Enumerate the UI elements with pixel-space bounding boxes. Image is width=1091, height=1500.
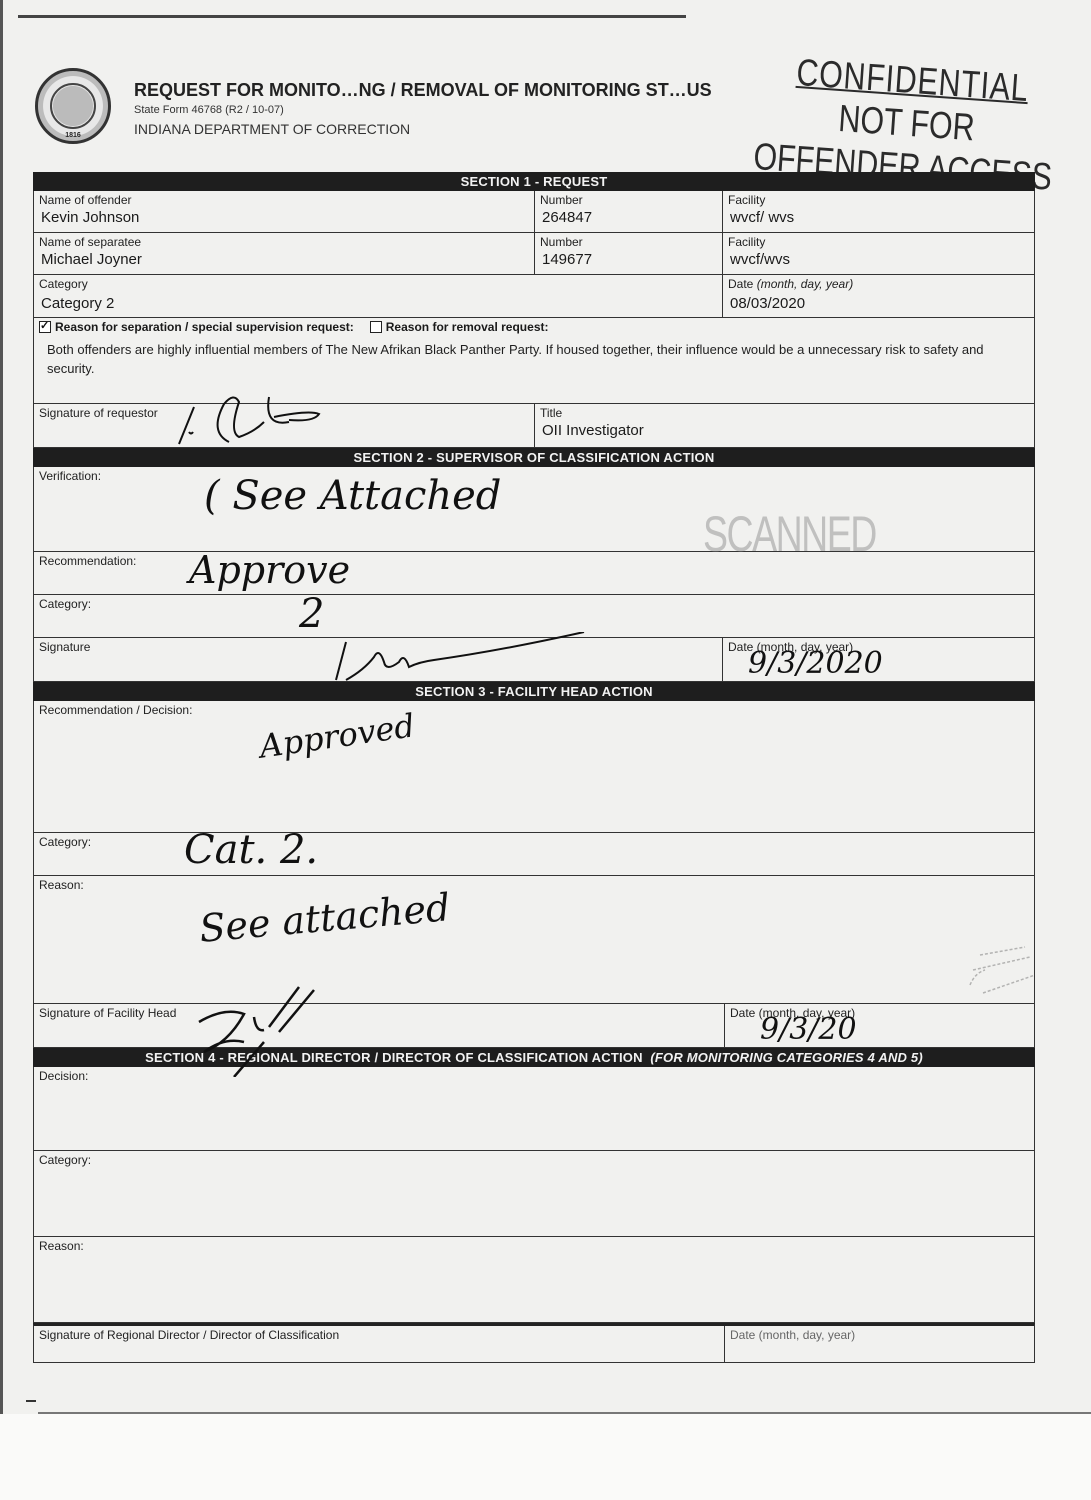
facility-signature-icon [184, 982, 364, 1077]
facility-category-handwriting: Cat. 2. [184, 827, 318, 873]
separatee-facility-field[interactable]: Facility wvcf/wvs [722, 233, 1034, 274]
facility-signature-label: Signature of Facility Head [39, 1006, 719, 1020]
form-title: REQUEST FOR MONITO…NG / REMOVAL OF MONIT… [134, 80, 712, 101]
reason-removal-label: Reason for removal request: [386, 320, 549, 334]
supervisor-category-handwriting: 2 [299, 591, 324, 637]
monitoring-request-form: SECTION 1 - REQUEST Name of offender Kev… [33, 172, 1035, 1363]
regional-date-label: Date (month, day, year) [730, 1328, 1029, 1342]
regional-date-field[interactable]: Date (month, day, year) [724, 1326, 1034, 1362]
request-date-label: Date (month, day, year) [728, 277, 1029, 291]
page-tab-mark [26, 1400, 36, 1402]
request-date-field[interactable]: Date (month, day, year) 08/03/2020 [722, 275, 1034, 317]
regional-signature-row: Signature of Regional Director / Directo… [33, 1323, 1035, 1363]
supervisor-signature-row: Signature Date (month, day, year) 9/3/20… [33, 638, 1035, 682]
regional-reason-label: Reason: [39, 1239, 1029, 1253]
facility-decision-row: Recommendation / Decision: Approved [33, 701, 1035, 833]
separatee-facility-value: wvcf/wvs [730, 251, 1029, 268]
regional-category-field[interactable]: Category: [34, 1151, 1034, 1236]
regional-signature-label: Signature of Regional Director / Directo… [39, 1328, 719, 1342]
recommendation-field[interactable]: Recommendation: Approve [34, 552, 1034, 594]
separatee-facility-label: Facility [728, 235, 1029, 249]
recommendation-label: Recommendation: [39, 554, 1029, 568]
regional-signature-field[interactable]: Signature of Regional Director / Directo… [34, 1326, 724, 1362]
requestor-title-label: Title [540, 406, 1029, 420]
regional-category-row: Category: [33, 1151, 1035, 1237]
offender-number-field[interactable]: Number 264847 [534, 191, 722, 232]
category-field[interactable]: Category Category 2 [34, 275, 722, 317]
offender-number-label: Number [540, 193, 717, 207]
regional-decision-field[interactable]: Decision: [34, 1067, 1034, 1150]
regional-reason-field[interactable]: Reason: [34, 1237, 1034, 1322]
separatee-number-field[interactable]: Number 149677 [534, 233, 722, 274]
category-label: Category [39, 277, 717, 291]
offender-facility-field[interactable]: Facility wvcf/ wvs [722, 191, 1034, 232]
category-value: Category 2 [41, 295, 717, 312]
facility-category-field[interactable]: Category: Cat. 2. [34, 833, 1034, 875]
supervisor-signature-icon [324, 632, 594, 682]
seal-inner-ring [50, 83, 96, 129]
separatee-number-label: Number [540, 235, 717, 249]
verification-label: Verification: [39, 469, 1029, 483]
requestor-title-field[interactable]: Title OII Investigator [534, 404, 1034, 447]
reason-options: Reason for separation / special supervis… [34, 318, 1034, 336]
ink-smudge-icon [965, 945, 1035, 1000]
facility-decision-label: Recommendation / Decision: [39, 703, 1029, 717]
verification-handwriting: ( See Attached [204, 473, 501, 519]
facility-date-handwriting: 9/3/20 [760, 1012, 857, 1047]
offender-row: Name of offender Kevin Johnson Number 26… [33, 191, 1035, 233]
recommendation-row: Recommendation: Approve [33, 552, 1035, 595]
offender-name-label: Name of offender [39, 193, 529, 207]
requestor-title-value: OII Investigator [542, 422, 1029, 439]
facility-decision-field[interactable]: Recommendation / Decision: Approved [34, 701, 1034, 832]
section-2-header: SECTION 2 - SUPERVISOR OF CLASSIFICATION… [33, 448, 1035, 467]
separatee-name-label: Name of separatee [39, 235, 529, 249]
page-edge [0, 0, 3, 1500]
section-3-header: SECTION 3 - FACILITY HEAD ACTION [33, 682, 1035, 701]
reason-separation-checkbox[interactable] [39, 321, 51, 333]
facility-reason-handwriting: See attached [198, 885, 452, 951]
regional-decision-row: Decision: [33, 1067, 1035, 1151]
request-date-value: 08/03/2020 [730, 295, 1029, 312]
offender-number-value: 264847 [542, 209, 717, 226]
separatee-row: Name of separatee Michael Joyner Number … [33, 233, 1035, 275]
facility-signature-field[interactable]: Signature of Facility Head [34, 1004, 724, 1047]
category-date-row: Category Category 2 Date (month, day, ye… [33, 275, 1035, 318]
separatee-name-field[interactable]: Name of separatee Michael Joyner [34, 233, 534, 274]
facility-date-field[interactable]: Date (month, day, year) 9/3/20 [724, 1004, 1034, 1047]
offender-facility-value: wvcf/ wvs [730, 209, 1029, 226]
scanned-stamp: SCANNED [703, 505, 876, 563]
separatee-name-value: Michael Joyner [41, 251, 529, 268]
reason-text[interactable]: Both offenders are highly influential me… [34, 336, 1034, 378]
requestor-row: Signature of requestor Title OII Investi… [33, 404, 1035, 448]
offender-name-field[interactable]: Name of offender Kevin Johnson [34, 191, 534, 232]
supervisor-signature-field[interactable]: Signature [34, 638, 722, 681]
verification-row: Verification: ( See Attached [33, 467, 1035, 552]
seal-year: 1816 [38, 132, 108, 139]
supervisor-date-handwriting: 9/3/2020 [748, 646, 883, 681]
facility-category-row: Category: Cat. 2. [33, 833, 1035, 876]
supervisor-category-field[interactable]: Category: 2 [34, 595, 1034, 637]
offender-facility-label: Facility [728, 193, 1029, 207]
page-bottom-margin [0, 1414, 1091, 1500]
state-seal-icon: 1816 [35, 68, 111, 144]
requestor-signature-field[interactable]: Signature of requestor [34, 404, 534, 447]
facility-reason-label: Reason: [39, 878, 1029, 892]
recommendation-handwriting: Approve [189, 548, 350, 592]
verification-field[interactable]: Verification: ( See Attached [34, 467, 1034, 551]
regional-reason-row: Reason: [33, 1237, 1035, 1323]
reason-removal-checkbox[interactable] [370, 321, 382, 333]
form-number: State Form 46768 (R2 / 10-07) [134, 104, 284, 116]
supervisor-category-label: Category: [39, 597, 1029, 611]
regional-decision-label: Decision: [39, 1069, 1029, 1083]
page-top-line [18, 15, 686, 18]
supervisor-date-field[interactable]: Date (month, day, year) 9/3/2020 [722, 638, 1034, 681]
section-1-header: SECTION 1 - REQUEST [33, 172, 1035, 191]
separatee-number-value: 149677 [542, 251, 717, 268]
regional-category-label: Category: [39, 1153, 1029, 1167]
offender-name-value: Kevin Johnson [41, 209, 529, 226]
reason-separation-label: Reason for separation / special supervis… [55, 320, 354, 334]
facility-signature-row: Signature of Facility Head Date (month, … [33, 1004, 1035, 1048]
department-name: INDIANA DEPARTMENT OF CORRECTION [134, 121, 410, 137]
section-4-note: (FOR MONITORING CATEGORIES 4 AND 5) [650, 1050, 923, 1065]
requestor-signature-icon [169, 392, 359, 448]
